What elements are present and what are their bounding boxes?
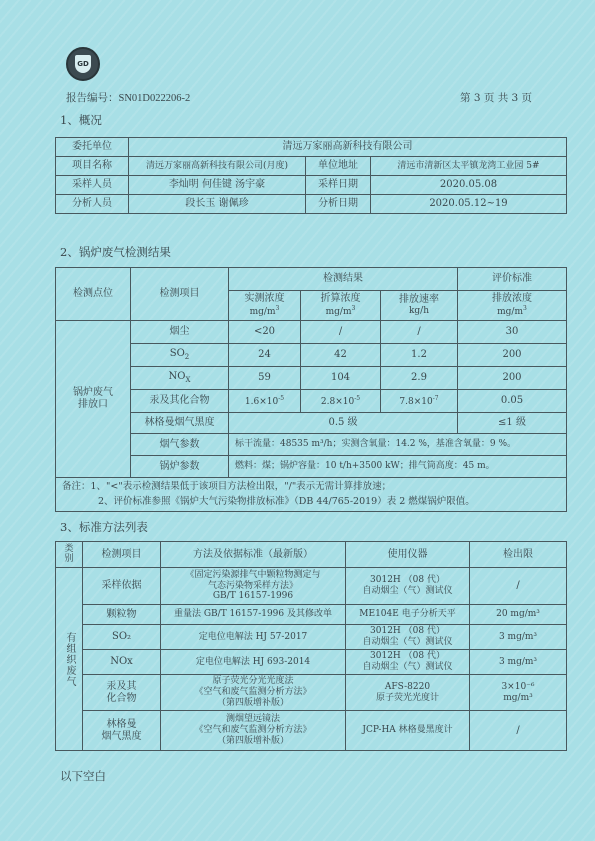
overview-value: 李灿明 何佳键 汤宇豪 [129, 176, 306, 195]
overview-label: 分析日期 [306, 195, 371, 214]
method-item: NOx [83, 650, 161, 675]
note-2: 2、评价标准参照《锅炉大气污染物排放标准》（DB 44/765-2019）表 2… [62, 495, 560, 510]
table-row: 有组织废气 采样依据 《固定污染源排气中颗粒物测定与 气态污染物采样方法》 GB… [56, 568, 567, 605]
unit: mg/m [497, 307, 523, 317]
table-row: 林格曼烟气黑度 0.5 级 ≤1 级 [56, 413, 567, 434]
instrument-line: 自动烟尘（气）测试仪 [348, 586, 467, 597]
instrument: 3012H （08 代） 自动烟尘（气）测试仪 [346, 568, 470, 605]
value-exp: -5 [278, 395, 284, 402]
overview-value: 清远万家丽高新科技有限公司 [129, 138, 567, 157]
page-info: 第 3 页 共 3 页 [460, 90, 532, 105]
overview-value: 清远万家丽高新科技有限公司(月度) [129, 157, 306, 176]
table-row: 烟气参数 标干流量：48535 m³/h；实测含氧量：14.2 %，基准含氧量：… [56, 434, 567, 456]
method-item: 林格曼 烟气黑度 [83, 711, 161, 751]
item-line: 烟气黑度 [85, 731, 158, 743]
flue-gas-params: 标干流量：48535 m³/h；实测含氧量：14.2 %，基准含氧量：9 %。 [229, 434, 567, 456]
boiler-params: 燃料：煤；锅炉容量：10 t/h+3500 kW；排气筒高度：45 m。 [229, 456, 567, 478]
table-row: SO₂ 定电位电解法 HJ 57-2017 3012H （08 代） 自动烟尘（… [56, 625, 567, 650]
detection-limit: 3×10⁻⁶ mg/m³ [470, 675, 567, 711]
method-desc: 原子荧光分光光度法 《空气和废气监测分析方法》 （第四版增补版） [161, 675, 346, 711]
item-name: NOX [131, 367, 229, 390]
instrument: AFS-8220 原子荧光光度计 [346, 675, 470, 711]
method-line: 测烟望远镜法 [163, 714, 343, 725]
point-name: 锅炉废气排放口 [56, 321, 131, 478]
ringelmann-value: 0.5 级 [229, 413, 458, 434]
table-header-row: 类别 检测项目 方法及依据标准（最新版） 使用仪器 检出限 [56, 542, 567, 568]
table-row: 项目名称 清远万家丽高新科技有限公司(月度) 单位地址 清远市清新区太平镇龙湾工… [56, 157, 567, 176]
item-sub: 2 [185, 353, 189, 361]
instrument: JCP-HA 林格曼黑度计 [346, 711, 470, 751]
instrument-line: 自动烟尘（气）测试仪 [348, 637, 467, 648]
note-1: 备注：1、"<"表示检测结果低于该项目方法检出限，"/"表示无需计算排放速； [62, 480, 560, 495]
limit-line: mg/m³ [472, 693, 564, 704]
header-point: 检测点位 [56, 268, 131, 321]
overview-label: 分析人员 [56, 195, 129, 214]
table-row: 汞及其化合物 1.6×10-5 2.8×10-5 7.8×10-7 0.05 [56, 390, 567, 413]
unit-sup: 3 [276, 305, 280, 312]
converted-value: 2.8×10-5 [301, 390, 381, 413]
instrument-line: 3012H （08 代） [348, 651, 467, 662]
detection-limit: 3 mg/m³ [470, 625, 567, 650]
rate-value: 2.9 [381, 367, 458, 390]
instrument-line: 3012H （08 代） [348, 575, 467, 586]
item-name: 烟气参数 [131, 434, 229, 456]
item-name: 汞及其化合物 [131, 390, 229, 413]
method-line: 《固定污染源排气中颗粒物测定与 [163, 570, 343, 581]
table-row: 采样人员 李灿明 何佳键 汤宇豪 采样日期 2020.05.08 [56, 176, 567, 195]
unit-sup: 3 [352, 305, 356, 312]
value-base: 7.8×10 [399, 397, 432, 407]
instrument: ME104E 电子分析天平 [346, 605, 470, 625]
unit-sup: 3 [523, 305, 527, 312]
rate-value: 1.2 [381, 344, 458, 367]
header-instrument: 使用仪器 [346, 542, 470, 568]
measured-value: <20 [229, 321, 301, 344]
limit-value: 200 [458, 344, 567, 367]
notes: 备注：1、"<"表示检测结果低于该项目方法检出限，"/"表示无需计算排放速； 2… [56, 478, 567, 512]
overview-label: 单位地址 [306, 157, 371, 176]
instrument: 3012H （08 代） 自动烟尘（气）测试仪 [346, 625, 470, 650]
report-number-label: 报告编号： [66, 92, 119, 104]
method-item: 采样依据 [83, 568, 161, 605]
table-header-row: 检测点位 检测项目 检测结果 评价标准 [56, 268, 567, 291]
value-base: 1.6×10 [245, 397, 278, 407]
table-row: NOx 定电位电解法 HJ 693-2014 3012H （08 代） 自动烟尘… [56, 650, 567, 675]
converted-value: 42 [301, 344, 381, 367]
method-line: 《空气和废气监测分析方法》 [163, 725, 343, 736]
overview-label: 委托单位 [56, 138, 129, 157]
overview-value: 清远市清新区太平镇龙湾工业园 5# [371, 157, 567, 176]
notes-row: 备注：1、"<"表示检测结果低于该项目方法检出限，"/"表示无需计算排放速； 2… [56, 478, 567, 512]
header-converted-label: 折算浓度 [303, 293, 378, 305]
limit-value: 0.05 [458, 390, 567, 413]
method-desc: 定电位电解法 HJ 57-2017 [161, 625, 346, 650]
method-line: 原子荧光分光光度法 [163, 676, 343, 687]
header-item: 检测项目 [131, 268, 229, 321]
overview-value: 2020.05.08 [371, 176, 567, 195]
table-row: 汞及其 化合物 原子荧光分光光度法 《空气和废气监测分析方法》 （第四版增补版）… [56, 675, 567, 711]
item-line: 化合物 [85, 693, 158, 705]
point-name-line1: 锅炉废气 [58, 387, 128, 399]
measured-value: 1.6×10-5 [229, 390, 301, 413]
detection-limit: 20 mg/m³ [470, 605, 567, 625]
header-category-label: 类别 [64, 545, 74, 565]
item-text: NO [169, 371, 186, 382]
instrument-line: 3012H （08 代） [348, 626, 467, 637]
logo-shield-icon: GD [75, 55, 91, 73]
method-line: GB/T 16157-1996 [163, 591, 343, 602]
category-cell: 有组织废气 [56, 568, 83, 751]
overview-label: 采样日期 [306, 176, 371, 195]
item-name: 烟尘 [131, 321, 229, 344]
converted-value: / [301, 321, 381, 344]
method-item: 颗粒物 [83, 605, 161, 625]
value-base: 2.8×10 [321, 397, 354, 407]
section1-title: 1、概况 [60, 112, 102, 128]
item-text: SO [170, 348, 185, 359]
item-name: SO2 [131, 344, 229, 367]
method-desc: 定电位电解法 HJ 693-2014 [161, 650, 346, 675]
unit: kg/h [383, 306, 455, 317]
header-limit: 排放浓度mg/m3 [458, 291, 567, 321]
instrument-line: AFS-8220 [348, 682, 467, 693]
overview-value: 2020.05.12~19 [371, 195, 567, 214]
method-desc: 《固定污染源排气中颗粒物测定与 气态污染物采样方法》 GB/T 16157-19… [161, 568, 346, 605]
limit-value: ≤1 级 [458, 413, 567, 434]
rate-value: 7.8×10-7 [381, 390, 458, 413]
table-row: 颗粒物 重量法 GB/T 16157-1996 及其修改单 ME104E 电子分… [56, 605, 567, 625]
converted-value: 104 [301, 367, 381, 390]
header-limit: 检出限 [470, 542, 567, 568]
blank-below-note: 以下空白 [60, 768, 106, 784]
value-exp: -7 [433, 395, 439, 402]
header-measured-label: 实测浓度 [231, 293, 298, 305]
methods-table: 类别 检测项目 方法及依据标准（最新版） 使用仪器 检出限 有组织废气 采样依据… [55, 541, 567, 751]
overview-value: 段长玉 谢佩珍 [129, 195, 306, 214]
unit: mg/m [250, 307, 276, 317]
detection-limit: / [470, 711, 567, 751]
header-rate-label: 排放速率 [383, 294, 455, 306]
header-limit-label: 排放浓度 [460, 293, 564, 305]
method-item: 汞及其 化合物 [83, 675, 161, 711]
item-sub: X [185, 376, 190, 384]
overview-label: 采样人员 [56, 176, 129, 195]
item-name: 锅炉参数 [131, 456, 229, 478]
item-line: 林格曼 [85, 719, 158, 731]
item-line: 汞及其 [85, 681, 158, 693]
instrument: 3012H （08 代） 自动烟尘（气）测试仪 [346, 650, 470, 675]
item-name: 林格曼烟气黑度 [131, 413, 229, 434]
point-name-line2: 排放口 [58, 399, 128, 411]
measured-value: 24 [229, 344, 301, 367]
header-item: 检测项目 [83, 542, 161, 568]
limit-line: 3×10⁻⁶ [472, 682, 564, 693]
measured-value: 59 [229, 367, 301, 390]
report-number-value: SN01D022206-2 [119, 93, 191, 104]
report-page: GD 报告编号：SN01D022206-2 第 3 页 共 3 页 1、概况 委… [0, 0, 595, 841]
table-row: 分析人员 段长玉 谢佩珍 分析日期 2020.05.12~19 [56, 195, 567, 214]
detection-limit: 3 mg/m³ [470, 650, 567, 675]
section3-title: 3、标准方法列表 [60, 519, 148, 535]
method-desc: 重量法 GB/T 16157-1996 及其修改单 [161, 605, 346, 625]
limit-value: 200 [458, 367, 567, 390]
table-row: SO2 24 42 1.2 200 [56, 344, 567, 367]
category-label: 有组织废气 [63, 632, 75, 687]
table-row: NOX 59 104 2.9 200 [56, 367, 567, 390]
table-row: 林格曼 烟气黑度 测烟望远镜法 《空气和废气监测分析方法》 （第四版增补版） J… [56, 711, 567, 751]
header-category: 类别 [56, 542, 83, 568]
header-method: 方法及依据标准（最新版） [161, 542, 346, 568]
header-converted: 折算浓度mg/m3 [301, 291, 381, 321]
section2-title: 2、锅炉废气检测结果 [60, 244, 171, 260]
instrument-line: 自动烟尘（气）测试仪 [348, 662, 467, 673]
instrument-line: 原子荧光光度计 [348, 693, 467, 704]
method-desc: 测烟望远镜法 《空气和废气监测分析方法》 （第四版增补版） [161, 711, 346, 751]
method-line: （第四版增补版） [163, 698, 343, 709]
method-line: 气态污染物采样方法》 [163, 581, 343, 592]
report-number: 报告编号：SN01D022206-2 [66, 90, 190, 105]
method-item: SO₂ [83, 625, 161, 650]
boiler-results-table: 检测点位 检测项目 检测结果 评价标准 实测浓度mg/m3 折算浓度mg/m3 … [55, 267, 567, 512]
table-row: 锅炉废气排放口 烟尘 <20 / / 30 [56, 321, 567, 344]
header-standard: 评价标准 [458, 268, 567, 291]
rate-value: / [381, 321, 458, 344]
table-row: 锅炉参数 燃料：煤；锅炉容量：10 t/h+3500 kW；排气筒高度：45 m… [56, 456, 567, 478]
header-results: 检测结果 [229, 268, 458, 291]
overview-table: 委托单位 清远万家丽高新科技有限公司 项目名称 清远万家丽高新科技有限公司(月度… [55, 137, 567, 214]
method-line: 《空气和废气监测分析方法》 [163, 687, 343, 698]
limit-value: 30 [458, 321, 567, 344]
method-line: （第四版增补版） [163, 736, 343, 747]
overview-label: 项目名称 [56, 157, 129, 176]
header-rate: 排放速率kg/h [381, 291, 458, 321]
header-measured: 实测浓度mg/m3 [229, 291, 301, 321]
detection-limit: / [470, 568, 567, 605]
value-exp: -5 [354, 395, 360, 402]
table-row: 委托单位 清远万家丽高新科技有限公司 [56, 138, 567, 157]
company-logo: GD [66, 47, 100, 81]
unit: mg/m [326, 307, 352, 317]
